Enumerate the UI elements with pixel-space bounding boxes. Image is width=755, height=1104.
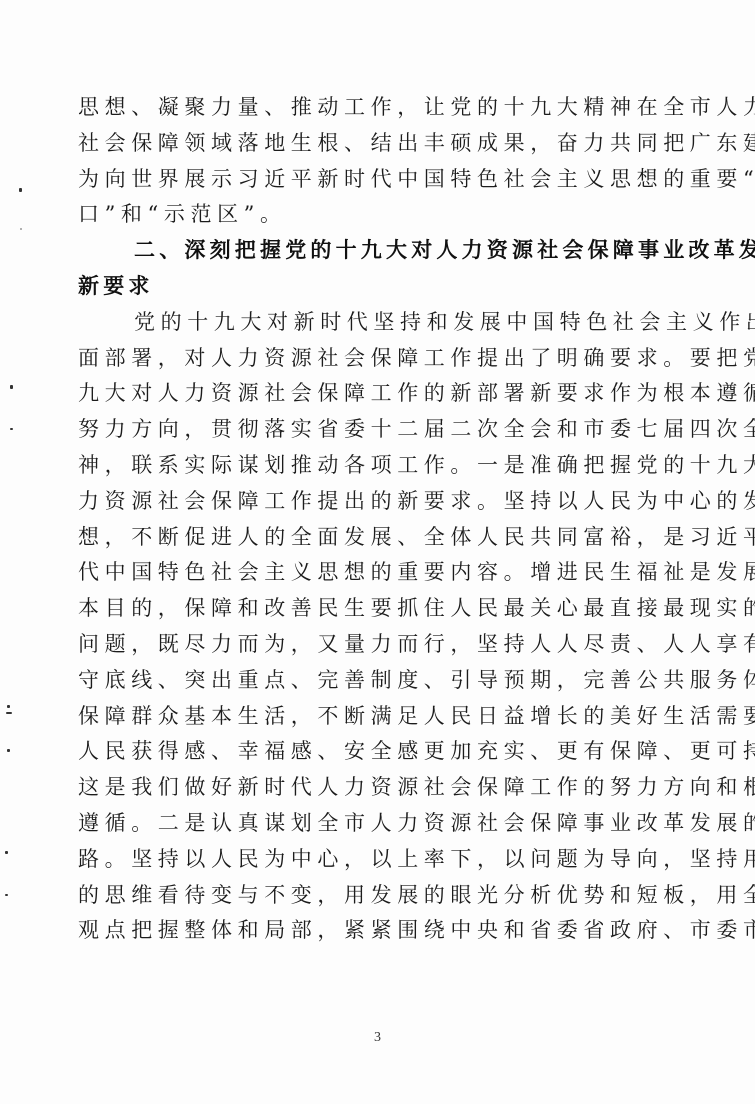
scan-speck — [20, 228, 22, 230]
document-page: 思想、凝聚力量、推动工作，让党的十九大精神在全市人力资源 社会保障领域落地生根、… — [0, 0, 755, 1104]
page-number: 3 — [374, 1030, 381, 1046]
text-line: 为向世界展示习近平新时代中国特色社会主义思想的重要“窗 — [78, 162, 678, 198]
section-heading-continued: 新要求 — [78, 269, 678, 305]
text-line: 口”和“示范区”。 — [78, 197, 678, 233]
text-line: 神，联系实际谋划推动各项工作。一是准确把握党的十九大对人 — [78, 448, 678, 484]
scan-speck — [7, 749, 10, 752]
text-line: 想，不断促进人的全面发展、全体人民共同富裕，是习近平新时 — [78, 520, 678, 556]
text-line: 人民获得感、幸福感、安全感更加充实、更有保障、更可持续。 — [78, 734, 678, 770]
text-line: 努力方向，贯彻落实省委十二届二次全会和市委七届四次全会精 — [78, 412, 678, 448]
text-line: 这是我们做好新时代人力资源社会保障工作的努力方向和根本 — [78, 770, 678, 806]
text-line: 社会保障领域落地生根、结出丰硕成果，奋力共同把广东建设成 — [78, 126, 678, 162]
text-line: 九大对人力资源社会保障工作的新部署新要求作为根本遵循和 — [78, 376, 678, 412]
text-line: 的思维看待变与不变，用发展的眼光分析优势和短板，用全面的 — [78, 878, 678, 914]
scan-speck — [5, 894, 8, 896]
paragraph-start-line: 党的十九大对新时代坚持和发展中国特色社会主义作出全 — [78, 305, 678, 341]
text-line: 观点把握整体和局部，紧紧围绕中央和省委省政府、市委市政府 — [78, 913, 678, 949]
text-line: 面部署，对人力资源社会保障工作提出了明确要求。要把党的十 — [78, 341, 678, 377]
scan-speck — [5, 851, 8, 854]
text-line: 力资源社会保障工作提出的新要求。坚持以人民为中心的发展思 — [78, 484, 678, 520]
scan-speck — [10, 428, 13, 430]
section-heading: 二、深刻把握党的十九大对人力资源社会保障事业改革发展 — [78, 233, 678, 269]
text-line: 路。坚持以人民为中心，以上率下，以问题为导向，坚持用辩证 — [78, 842, 678, 878]
text-line: 保障群众基本生活，不断满足人民日益增长的美好生活需要，使 — [78, 699, 678, 735]
scan-speck — [10, 385, 13, 389]
scan-speck — [7, 705, 10, 708]
text-line: 思想、凝聚力量、推动工作，让党的十九大精神在全市人力资源 — [78, 90, 678, 126]
document-body: 思想、凝聚力量、推动工作，让党的十九大精神在全市人力资源 社会保障领域落地生根、… — [78, 90, 678, 949]
scan-speck — [19, 188, 22, 192]
text-line: 守底线、突出重点、完善制度、引导预期，完善公共服务体系， — [78, 663, 678, 699]
scan-speck — [6, 712, 12, 714]
text-line: 问题，既尽力而为，又量力而行，坚持人人尽责、人人享有，坚 — [78, 627, 678, 663]
text-line: 代中国特色社会主义思想的重要内容。增进民生福祉是发展的根 — [78, 555, 678, 591]
text-line: 本目的，保障和改善民生要抓住人民最关心最直接最现实的利益 — [78, 591, 678, 627]
text-line: 遵循。二是认真谋划全市人力资源社会保障事业改革发展的新思 — [78, 806, 678, 842]
